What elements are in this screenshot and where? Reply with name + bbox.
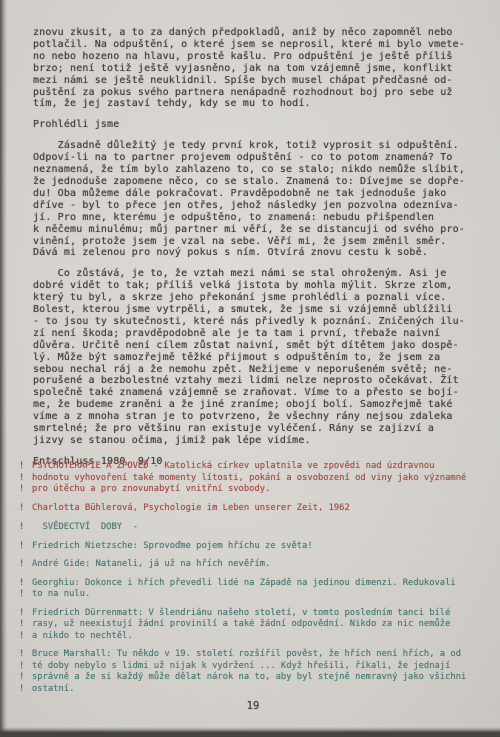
annotation-text: PSYCHOTERAPIE A ZPOVĚĎ - Katolická círke… xyxy=(32,461,489,496)
page-number: 19 xyxy=(33,700,473,712)
annotation-text: André Gide: Nataneli, já už na hřích nev… xyxy=(32,559,489,571)
annotation-item: ! Charlotta Bühlerová, Psychologie im Le… xyxy=(19,503,489,515)
annotation-text: Bruce Marshall: Tu někdo v 19. století r… xyxy=(32,649,489,695)
exclamation-marks: ! ! xyxy=(19,578,32,601)
annotation-text: Friedrich Nietzsche: Sprovoďme pojem hří… xyxy=(32,541,489,553)
annotation-item: ! ! ! Friedrich Dürrenmatt: V šlendriánu… xyxy=(19,608,489,643)
annotation-text: Friedrich Dürrenmatt: V šlendriánu našeh… xyxy=(32,608,489,643)
exclamation-marks: ! xyxy=(19,503,32,515)
section-heading: Prohlédli jsme xyxy=(33,119,483,131)
page-left-edge-shadow xyxy=(0,0,7,737)
annotation-item: ! SVĚDECTVÍ DOBY - xyxy=(19,522,489,534)
annotation-item: ! Friedrich Nietzsche: Sprovoďme pojem h… xyxy=(19,541,489,553)
paragraph-relationship: Co zůstává, je to, že vztah mezi námi se… xyxy=(33,268,483,447)
annotation-item: ! André Gide: Nataneli, já už na hřích n… xyxy=(19,559,489,571)
annotation-text: Charlotta Bühlerová, Psychologie im Lebe… xyxy=(32,503,489,515)
main-text-column: znovu zkusit, a to za daných předpokladů… xyxy=(33,27,483,468)
scanned-book-page: znovu zkusit, a to za daných předpokladů… xyxy=(0,0,500,737)
paragraph-continued: znovu zkusit, a to za daných předpokladů… xyxy=(33,27,483,110)
paragraph-forgiveness: Zásadně důležitý je tedy první krok, tot… xyxy=(33,140,483,259)
exclamation-marks: ! xyxy=(19,541,32,553)
annotation-group-teal: ! SVĚDECTVÍ DOBY - ! Friedrich Nietzsche… xyxy=(19,522,489,695)
annotation-group-red: ! ! ! PSYCHOTERAPIE A ZPOVĚĎ - Katolická… xyxy=(19,461,489,514)
exclamation-marks: ! ! ! xyxy=(19,461,32,496)
annotation-item: ! ! ! ! Bruce Marshall: Tu někdo v 19. s… xyxy=(19,649,489,695)
exclamation-marks: ! xyxy=(19,522,32,534)
annotation-item: ! ! ! PSYCHOTERAPIE A ZPOVĚĎ - Katolická… xyxy=(19,461,489,496)
margin-annotations: ! ! ! PSYCHOTERAPIE A ZPOVĚĎ - Katolická… xyxy=(19,461,489,702)
page-bottom-edge-shadow xyxy=(0,727,500,737)
exclamation-marks: ! ! ! xyxy=(19,608,32,643)
exclamation-marks: ! xyxy=(19,559,32,571)
annotation-item: ! ! Georghiu: Dokonce i hřích převedli l… xyxy=(19,578,489,601)
exclamation-marks: ! ! ! ! xyxy=(19,649,32,695)
annotation-text: Georghiu: Dokonce i hřích převedli lidé … xyxy=(32,578,489,601)
annotation-heading: SVĚDECTVÍ DOBY - xyxy=(32,522,489,534)
